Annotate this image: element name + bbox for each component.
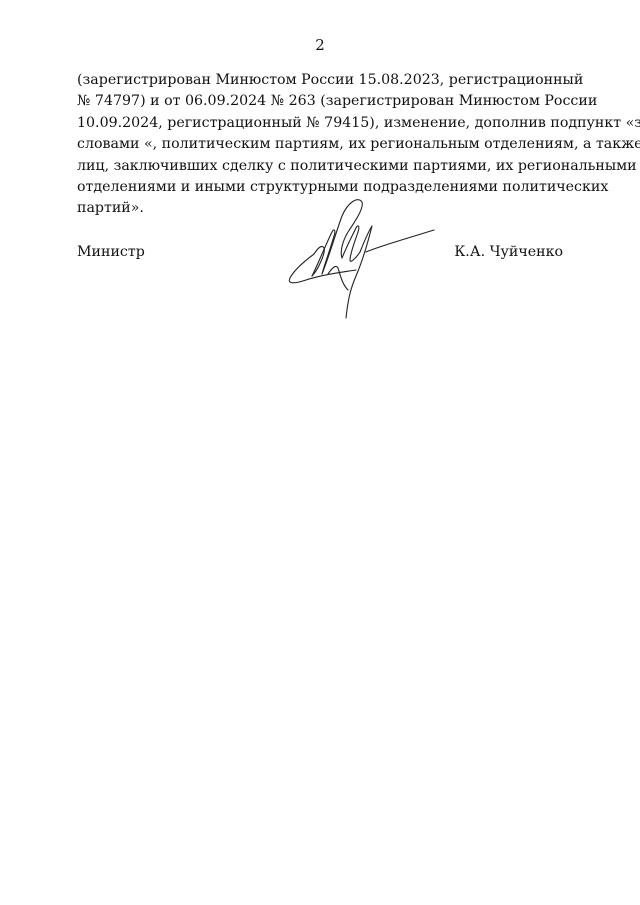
- body-line: словами «, политическим партиям, их реги…: [77, 134, 563, 155]
- signature-icon: [284, 192, 444, 324]
- signer-name: К.А. Чуйченко: [454, 244, 563, 260]
- body-line: 10.09.2024, регистрационный № 79415), из…: [77, 113, 563, 134]
- signer-title: Министр: [77, 244, 145, 260]
- body-line: лиц, заключивших сделку с политическими …: [77, 156, 563, 177]
- page-number: 2: [0, 36, 640, 54]
- body-line: № 74797) и от 06.09.2024 № 263 (зарегист…: [77, 91, 563, 112]
- body-line: (зарегистрирован Минюстом России 15.08.2…: [77, 70, 563, 91]
